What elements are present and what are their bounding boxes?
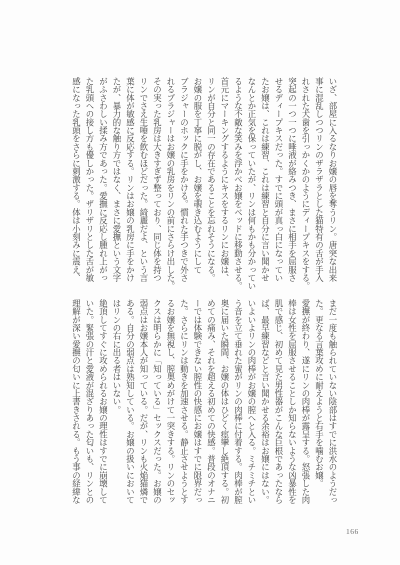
text-line: 奥に届いた瞬間、お嬢の体はひどく痙攣し絶頂する。初 [218, 299, 232, 513]
text-line: るような不敵な笑みを浮かべお嬢をベッドに移動させる。 [231, 77, 245, 295]
text-line: 突起の一つ一つに唾液が絡みつき、まさに相手を屈服さ [285, 77, 299, 295]
text-line: ーでは体験できない膣性の快感にお嬢はすでに限界だっ [191, 299, 205, 513]
text-line: う音を立て垂れた蜜がリンの肉棒に付着する。肉棒が膣 [231, 299, 245, 513]
text-line: 首元にマーキングするようにキスをするリンにお嬢は、 [218, 77, 232, 295]
text-line: 葉に体が敏感に反応する。リンはお嬢の乳房に手をかけ [123, 77, 137, 295]
text-line: たが、暴力的な触り方ではなく、まさに愛撫という文字 [110, 77, 124, 295]
text-line: た。更なる言葉攻めに耐えようと右手を噛むお嬢。 [312, 299, 326, 513]
text-line: その実った乳房は大きすぎず整っており、同じ体を持つ [150, 77, 164, 295]
text-line: せるディープキスだった。すでに頭が真っ白になってい [272, 77, 286, 295]
text-line: 絶頂してすぐに攻められるお嬢の理性はすでに崩壊して [96, 299, 110, 513]
book-page: いざ、部屋に入るなりお嬢の唇を奪うリン。唐突な出来 事に混乱しつつリンのザラザラ… [0, 0, 400, 565]
text-line: ば、最早練習などと言い聞かせる余裕はお嬢にはない。 [258, 299, 272, 513]
text-line: リンでさえ生唾を飲むほどだった。綺麗だよ、という言 [137, 77, 151, 295]
text-line: 棒は女性を屈服させることしか知らないような凶暴性を [285, 299, 299, 513]
text-line: リンが自分と同一の存在であることを忘れそうになる。 [204, 77, 218, 295]
text-line: れるブラジャーはお嬢の乳房をリンの前にさらけ出した。 [164, 77, 178, 295]
text-line: クスは明らかに「知っている」セックスだった。お嬢の [150, 299, 164, 513]
text-line: 事に混乱しつつリンのザラザラとした猫特有の舌が手入 [312, 77, 326, 295]
text-line: た乳頭への接し方も優しかった。ザリザリとした舌が敏 [83, 77, 97, 295]
text-line: たお嬢は、これは練習、これは練習と自分に言い聞かせ [258, 77, 272, 295]
text-line: 肌で感じ、初めて見た男性器がこんな巨根であったなら [272, 299, 286, 513]
text-line: れされた犬歯を引っかくかのようにディープキスをする。 [299, 77, 313, 295]
upper-text-band: いざ、部屋に入るなりお嬢の唇を奪うリン。唐突な出来 事に混乱しつつリンのザラザラ… [69, 77, 339, 295]
text-line: 愛撫が終わり、遂にリンの肉棒が露呈する。怒張した肉 [299, 299, 313, 513]
text-line: いよいよリンの肉棒がお嬢の膣へと入る。ミチミチとい [245, 299, 259, 513]
text-line: がふさわしい揉み方であった。愛撫に反応し腫れ上がっ [96, 77, 110, 295]
text-line: いた。緊張の汗と愛液が混ざりあった匂いも、リンとの [83, 299, 97, 513]
text-line: まだ一度も触られていない陰部はすでに洪水のようだっ [326, 299, 340, 513]
text-line: 弱点はお嬢本人が知っている。だが、リンも火焔猫燐で [137, 299, 151, 513]
text-line: 理解が深い愛撫の匂いに上書きされる。もう事の経緯な [69, 299, 83, 513]
text-line: はリンの右に出る者はいない。 [110, 299, 124, 513]
text-line: ブラジャーのホックに手をかける。慣れた手つきで外さ [177, 77, 191, 295]
text-line: 感になった乳頭をさらに刺激する。体は小刻みに震え、 [69, 77, 83, 295]
text-line: いざ、部屋に入るなりお嬢の唇を奪うリン。唐突な出来 [326, 77, 340, 295]
text-line: るお嬢を無視し、膣奥めがけて一突きする。リンのセッ [164, 299, 178, 513]
text-line: た。さらにリンは動きを加速させる。静止させようとす [177, 299, 191, 513]
text-line: お嬢の服を丁寧に脱がし、お嬢を覗き込むようにして [191, 77, 205, 295]
lower-text-band: まだ一度も触られていない陰部はすでに洪水のようだっ た。更なる言葉攻めに耐えよう… [69, 299, 339, 513]
text-line: なんとか正気を保っていたが、リンは何もかも分かってい [245, 77, 259, 295]
text-line: めての痛み、それを超える初めての快感。普段のオナニ [204, 299, 218, 513]
page-number: 166 [346, 527, 359, 536]
text-line: ある。自分の弱点は熟知している。お嬢の扱いにおいて [123, 299, 137, 513]
